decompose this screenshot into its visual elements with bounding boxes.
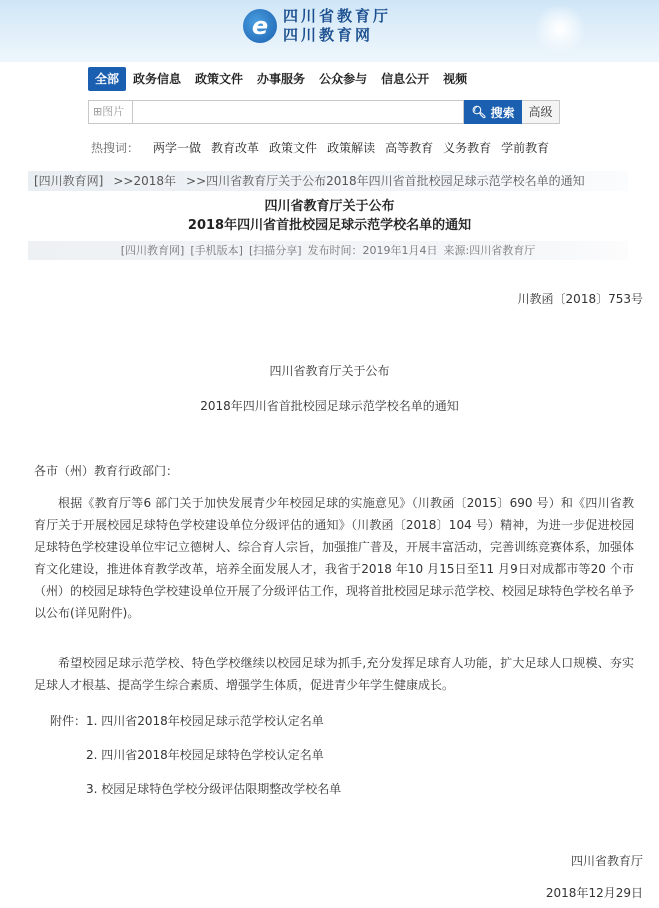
meta-source: 来源:四川省教育厅 bbox=[444, 241, 536, 260]
site-header: e 四川省教育厅 四川教育网 bbox=[0, 0, 659, 62]
breadcrumb-year[interactable]: >>2018年 bbox=[113, 171, 176, 191]
attachment-1[interactable]: 附件：1. 四川省2018年校园足球示范学校认定名单 bbox=[50, 712, 324, 729]
body-title-line2: 2018年四川省首批校园足球示范学校名单的通知 bbox=[0, 397, 659, 414]
nav-item-policy-documents[interactable]: 政策文件 bbox=[188, 67, 250, 91]
meta-share[interactable]: [扫描分享] bbox=[249, 241, 302, 260]
article-title-line2: 2018年四川省首批校园足球示范学校名单的通知 bbox=[0, 216, 659, 235]
hot-search-label: 热搜词： bbox=[91, 139, 139, 156]
search-button[interactable]: 🔍︎ 搜索 bbox=[464, 100, 522, 124]
logo-e-icon: e bbox=[243, 9, 277, 43]
search-type-select[interactable]: ⊞图片 bbox=[88, 100, 132, 124]
article-meta-bar: [四川教育网] [手机版本] [扫描分享] 发布时间：2019年1月4日 来源:… bbox=[28, 241, 628, 260]
hot-search-item[interactable]: 政策文件 bbox=[269, 139, 317, 156]
article-title-line1: 四川省教育厅关于公布 bbox=[0, 197, 659, 216]
paragraph-2: 希望校园足球示范学校、特色学校继续以校园足球为抓手,充分发挥足球育人功能，扩大足… bbox=[34, 652, 634, 696]
nav-item-video[interactable]: 视频 bbox=[436, 67, 474, 91]
search-input[interactable] bbox=[132, 100, 464, 124]
attachment-2[interactable]: 2. 四川省2018年校园足球特色学校认定名单 bbox=[86, 746, 324, 763]
advanced-search-button[interactable]: 高级 bbox=[522, 100, 560, 124]
site-name-line2: 四川教育网 bbox=[283, 26, 391, 45]
hot-search-item[interactable]: 学前教育 bbox=[501, 139, 549, 156]
paragraph-1: 根据《教育厅等6 部门关于加快发展青少年校园足球的实施意见》（川教函〔2015〕… bbox=[34, 492, 634, 624]
hot-search-item[interactable]: 两学一做 bbox=[153, 139, 201, 156]
hot-search-item[interactable]: 义务教育 bbox=[443, 139, 491, 156]
breadcrumb-home[interactable]: [四川教育网] bbox=[34, 171, 103, 191]
article-title: 四川省教育厅关于公布 2018年四川省首批校园足球示范学校名单的通知 bbox=[0, 197, 659, 235]
nav-item-info-disclosure[interactable]: 信息公开 bbox=[374, 67, 436, 91]
search-bar: ⊞图片 🔍︎ 搜索 高级 bbox=[88, 100, 560, 124]
hot-search-item[interactable]: 教育改革 bbox=[211, 139, 259, 156]
breadcrumb: [四川教育网] >>2018年 >>四川省教育厅关于公布2018年四川省首批校园… bbox=[28, 171, 628, 191]
site-name-line1: 四川省教育厅 bbox=[283, 7, 391, 26]
nav-item-government-info[interactable]: 政务信息 bbox=[126, 67, 188, 91]
hot-search-row: 热搜词： 两学一做 教育改革 政策文件 政策解读 高等教育 义务教育 学前教育 bbox=[91, 138, 559, 156]
main-nav: 全部 政务信息 政策文件 办事服务 公众参与 信息公开 视频 bbox=[88, 66, 474, 92]
nav-item-public-participation[interactable]: 公众参与 bbox=[312, 67, 374, 91]
meta-source-site[interactable]: [四川教育网] bbox=[121, 241, 185, 260]
signature-org: 四川省教育厅 bbox=[571, 852, 643, 869]
hot-search-item[interactable]: 政策解读 bbox=[327, 139, 375, 156]
nav-item-all[interactable]: 全部 bbox=[88, 67, 126, 91]
salutation: 各市（州）教育行政部门： bbox=[34, 462, 178, 479]
document-number: 川教函〔2018〕753号 bbox=[518, 290, 643, 307]
nav-item-services[interactable]: 办事服务 bbox=[250, 67, 312, 91]
hot-search-item[interactable]: 高等教育 bbox=[385, 139, 433, 156]
dandelion-decoration-icon bbox=[531, 6, 589, 52]
search-icon: 🔍︎ bbox=[471, 105, 486, 119]
signature-date: 2018年12月29日 bbox=[546, 884, 643, 901]
attachment-3[interactable]: 3. 校园足球特色学校分级评估限期整改学校名单 bbox=[86, 780, 341, 797]
body-title-line1: 四川省教育厅关于公布 bbox=[0, 362, 659, 379]
site-logo[interactable]: e 四川省教育厅 四川教育网 bbox=[243, 4, 391, 48]
meta-mobile-version[interactable]: [手机版本] bbox=[190, 241, 243, 260]
breadcrumb-current[interactable]: >>四川省教育厅关于公布2018年四川省首批校园足球示范学校名单的通知 bbox=[186, 171, 585, 191]
meta-publish-date: 发布时间：2019年1月4日 bbox=[308, 241, 438, 260]
